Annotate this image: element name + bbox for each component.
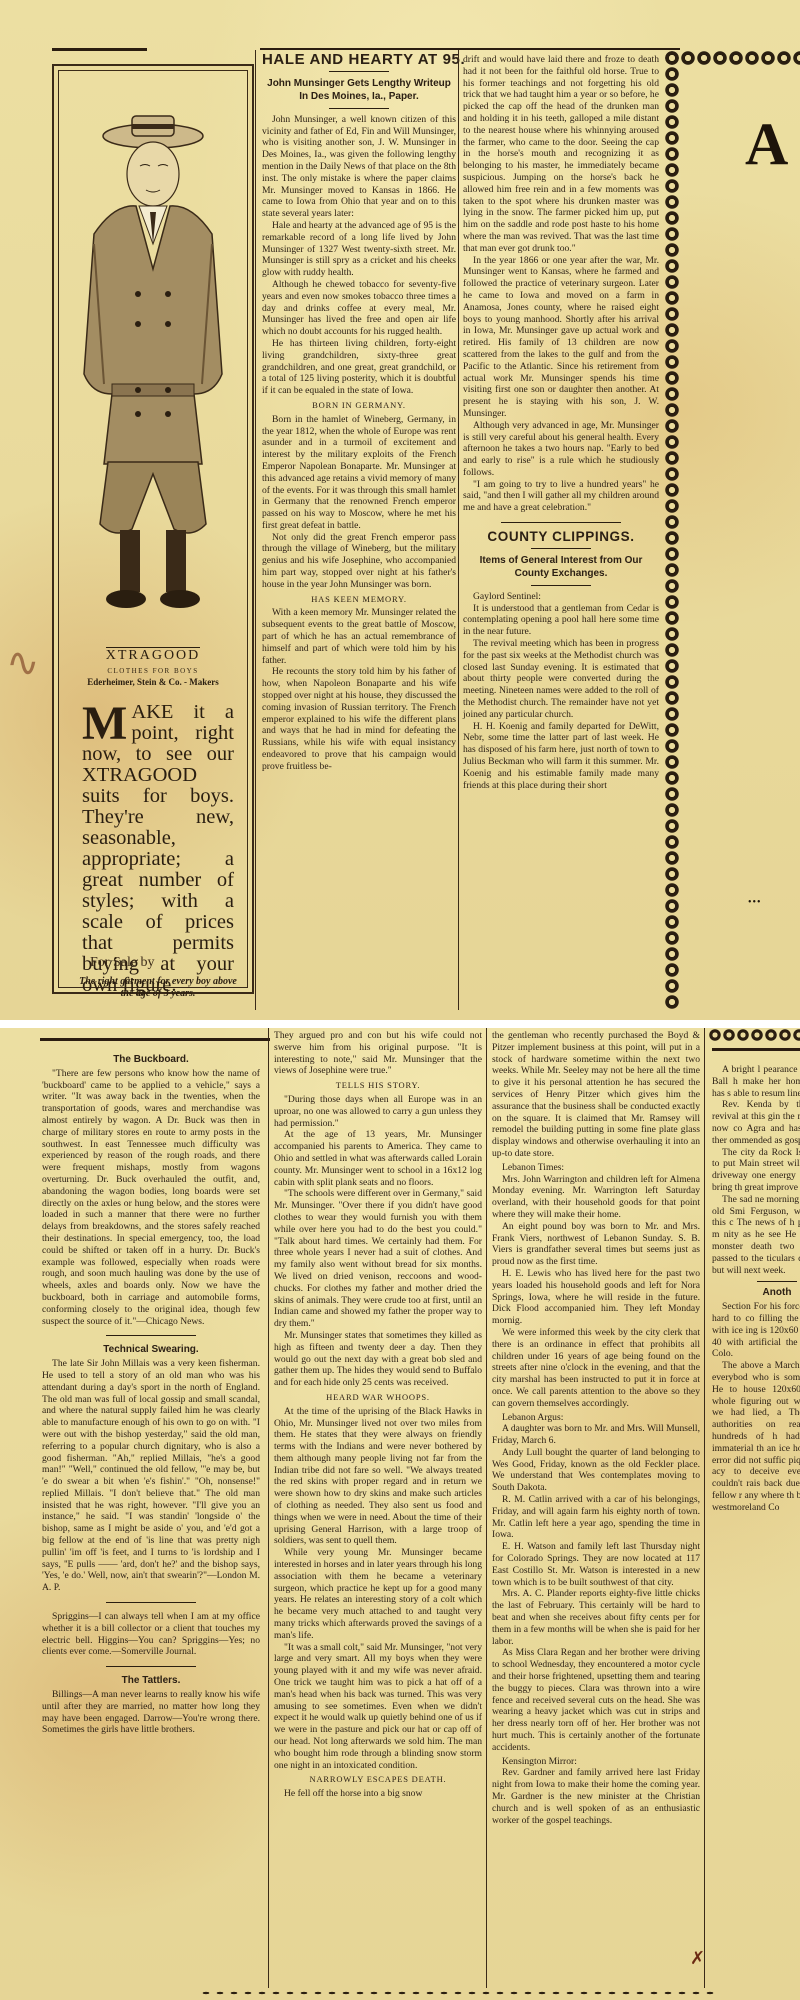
paragraph: Although very advanced in age, Mr. Munsi…: [463, 420, 659, 479]
paragraph: He has thirteen living children, forty-e…: [262, 338, 456, 397]
paragraph: He fell off the horse into a big snow: [274, 1788, 482, 1800]
paragraph: "I am going to try to live a hundred yea…: [463, 479, 659, 514]
rule: [712, 1048, 800, 1051]
brand-subtitle: CLOTHES FOR BOYS: [54, 667, 252, 675]
miscellany-column: The Buckboard. "There are few persons wh…: [42, 1050, 260, 1736]
news-item: Andy Lull bought the quarter of land bel…: [492, 1447, 700, 1494]
paragraph: Not only did the great French emperor pa…: [262, 532, 456, 591]
buckboard-body: "There are few persons who know how the …: [42, 1068, 260, 1328]
deck: John Munsinger Gets Lengthy Writeup In D…: [262, 77, 456, 103]
news-item: H. H. Koenig and family departed for DeW…: [463, 721, 659, 792]
news-item: An eight pound boy was born to Mr. and M…: [492, 1221, 700, 1268]
news-item: It is understood that a gentleman from C…: [463, 603, 659, 638]
technical-swearing-body: The late Sir John Millais was a very kee…: [42, 1358, 260, 1594]
news-item: E. H. Watson and family left last Thursd…: [492, 1541, 700, 1588]
article-hale-and-hearty: HALE AND HEARTY AT 95. John Munsinger Ge…: [262, 54, 456, 773]
tattlers-body: Billings—A man never learns to really kn…: [42, 1689, 260, 1736]
buckboard-title: The Buckboard.: [42, 1054, 260, 1066]
for-sale-by: For Sale by: [90, 955, 155, 971]
footer-fragment: westmoreland Co: [712, 1502, 800, 1514]
news-item: Mrs. John Warrington and children left f…: [492, 1174, 700, 1221]
bottom-newspaper-clipping: The Buckboard. "There are few persons wh…: [0, 1028, 800, 2000]
paragraph: "It was a small colt," said Mr. Munsinge…: [274, 1642, 482, 1772]
divider: [501, 522, 621, 523]
divider: [329, 108, 389, 109]
news-item: R. M. Catlin arrived with a car of his b…: [492, 1494, 700, 1541]
spriggins-joke: Spriggins—I can always tell when I am at…: [42, 1611, 260, 1658]
subheading: TELLS HIS STORY.: [274, 1080, 482, 1092]
ad-tagline: The right garment for every boy above th…: [78, 976, 238, 1000]
paragraph: Born in the hamlet of Wineberg, Germany,…: [262, 414, 456, 532]
divider: [757, 1281, 797, 1282]
munsinger-continued: They argued pro and con but his wife cou…: [274, 1030, 482, 1800]
headline: HALE AND HEARTY AT 95.: [262, 54, 456, 66]
top-rule: [40, 1038, 270, 1041]
column-rule: [486, 1028, 487, 1988]
news-item: Rev. Gardner and family arrived here las…: [492, 1767, 700, 1826]
right-fragment-column: A bright l pearance at th C. A. Ball h m…: [712, 1064, 800, 1513]
divider: [106, 1666, 196, 1667]
subheading: NARROWLY ESCAPES DEATH.: [274, 1774, 482, 1786]
top-newspaper-clipping: XTRAGOOD CLOTHES FOR BOYS Ederheimer, St…: [0, 0, 800, 1020]
paragraph: They argued pro and con but his wife cou…: [274, 1030, 482, 1077]
paragraph: "The schools were different over in Germ…: [274, 1188, 482, 1330]
tattlers-title: The Tattlers.: [42, 1675, 260, 1687]
ornamental-border-top: [664, 50, 800, 66]
column-rule: [255, 50, 256, 1010]
paragraph: Mr. Munsinger states that sometimes they…: [274, 1330, 482, 1389]
divider: [106, 1335, 196, 1336]
subheading: HEARD WAR WHOOPS.: [274, 1392, 482, 1404]
article-continuation: drift and would have laid there and froz…: [463, 54, 659, 791]
paragraph: The city da Rock Island them to put Main…: [712, 1147, 800, 1194]
paragraph: Although he chewed tobacco for seventy-f…: [262, 279, 456, 338]
source-lebanon-times: Lebanon Times:: [492, 1162, 700, 1174]
subheading: HAS KEEN MEMORY.: [262, 594, 456, 606]
news-item: H. E. Lewis who has lived here for the p…: [492, 1268, 700, 1327]
technical-swearing-title: Technical Swearing.: [42, 1344, 260, 1356]
top-rule: [52, 48, 147, 51]
news-item: The revival meeting which has been in pr…: [463, 638, 659, 721]
paragraph: At the age of 13 years, Mr. Munsinger ac…: [274, 1129, 482, 1188]
divider: [329, 71, 389, 72]
column-rule: [268, 1028, 269, 1988]
divider: [106, 1602, 196, 1603]
pen-scribble: ∿: [6, 640, 40, 686]
brand-name: XTRAGOOD: [54, 648, 252, 664]
paragraph: He recounts the story told him by his fa…: [262, 666, 456, 772]
county-clippings-headline: COUNTY CLIPPINGS.: [463, 531, 659, 543]
pen-x-mark: ✗: [690, 1948, 705, 1969]
top-rule-right: [260, 48, 680, 50]
news-item: Mrs. A. C. Plander reports eighty-five l…: [492, 1588, 700, 1647]
paragraph: In the year 1866 or one year after the w…: [463, 255, 659, 420]
paragraph: At the time of the uprising of the Black…: [274, 1406, 482, 1548]
source-gaylord-sentinel: Gaylord Sentinel:: [463, 591, 659, 603]
ornamental-border: [708, 1028, 800, 1042]
paragraph: Rev. Kenda by the M. E. revival at this …: [712, 1099, 800, 1146]
source-lebanon-argus: Lebanon Argus:: [492, 1412, 700, 1424]
paragraph: A bright l pearance at th C. A. Ball h m…: [712, 1064, 800, 1099]
news-item: the gentleman who recently purchased the…: [492, 1030, 700, 1160]
subheading: BORN IN GERMANY.: [262, 400, 456, 412]
xtragood-advertisement: XTRAGOOD CLOTHES FOR BOYS Ederheimer, St…: [52, 64, 254, 994]
source-kensington-mirror: Kensington Mirror:: [492, 1756, 700, 1768]
dots-ornament: •••: [748, 897, 762, 908]
ornamental-border: [664, 50, 680, 1010]
column-rule: [704, 1028, 705, 1988]
paragraph: Hale and hearty at the advanced age of 9…: [262, 220, 456, 279]
news-item: A daughter was born to Mr. and Mrs. Will…: [492, 1423, 700, 1447]
paragraph: While very young Mr. Munsinger became in…: [274, 1547, 482, 1641]
paragraph: Section For his force of tw ing hard to …: [712, 1301, 800, 1360]
county-clippings-continued: the gentleman who recently purchased the…: [492, 1030, 700, 1826]
paragraph: The above a March 5. It most everybod wh…: [712, 1360, 800, 1502]
column-rule: [458, 50, 459, 1010]
boy-in-suit-illustration: [74, 94, 232, 614]
ad-copy-text: AKE it a point, right now, to see our XT…: [82, 701, 234, 996]
news-item: As Miss Clara Regan and her brother were…: [492, 1647, 700, 1753]
paragraph: The sad ne morning of th other old Smi F…: [712, 1194, 800, 1277]
subheading: Anoth: [712, 1287, 800, 1299]
brand-maker: Ederheimer, Stein & Co. - Makers: [54, 677, 252, 687]
bottom-dash-border: [200, 1990, 720, 1996]
county-clippings-deck: Items of General Interest from Our Count…: [463, 554, 659, 580]
paragraph: John Munsinger, a well known citizen of …: [262, 114, 456, 220]
masthead-letter: A: [745, 110, 788, 179]
paragraph: drift and would have laid there and froz…: [463, 54, 659, 255]
ad-copy: MAKE it a point, right now, to see our X…: [82, 702, 234, 996]
news-item: We were informed this week by the city c…: [492, 1327, 700, 1410]
divider: [531, 585, 591, 586]
paragraph: With a keen memory Mr. Munsinger related…: [262, 607, 456, 666]
divider: [531, 548, 591, 549]
paragraph: "During those days when all Europe was i…: [274, 1094, 482, 1129]
drop-cap: M: [82, 704, 127, 744]
